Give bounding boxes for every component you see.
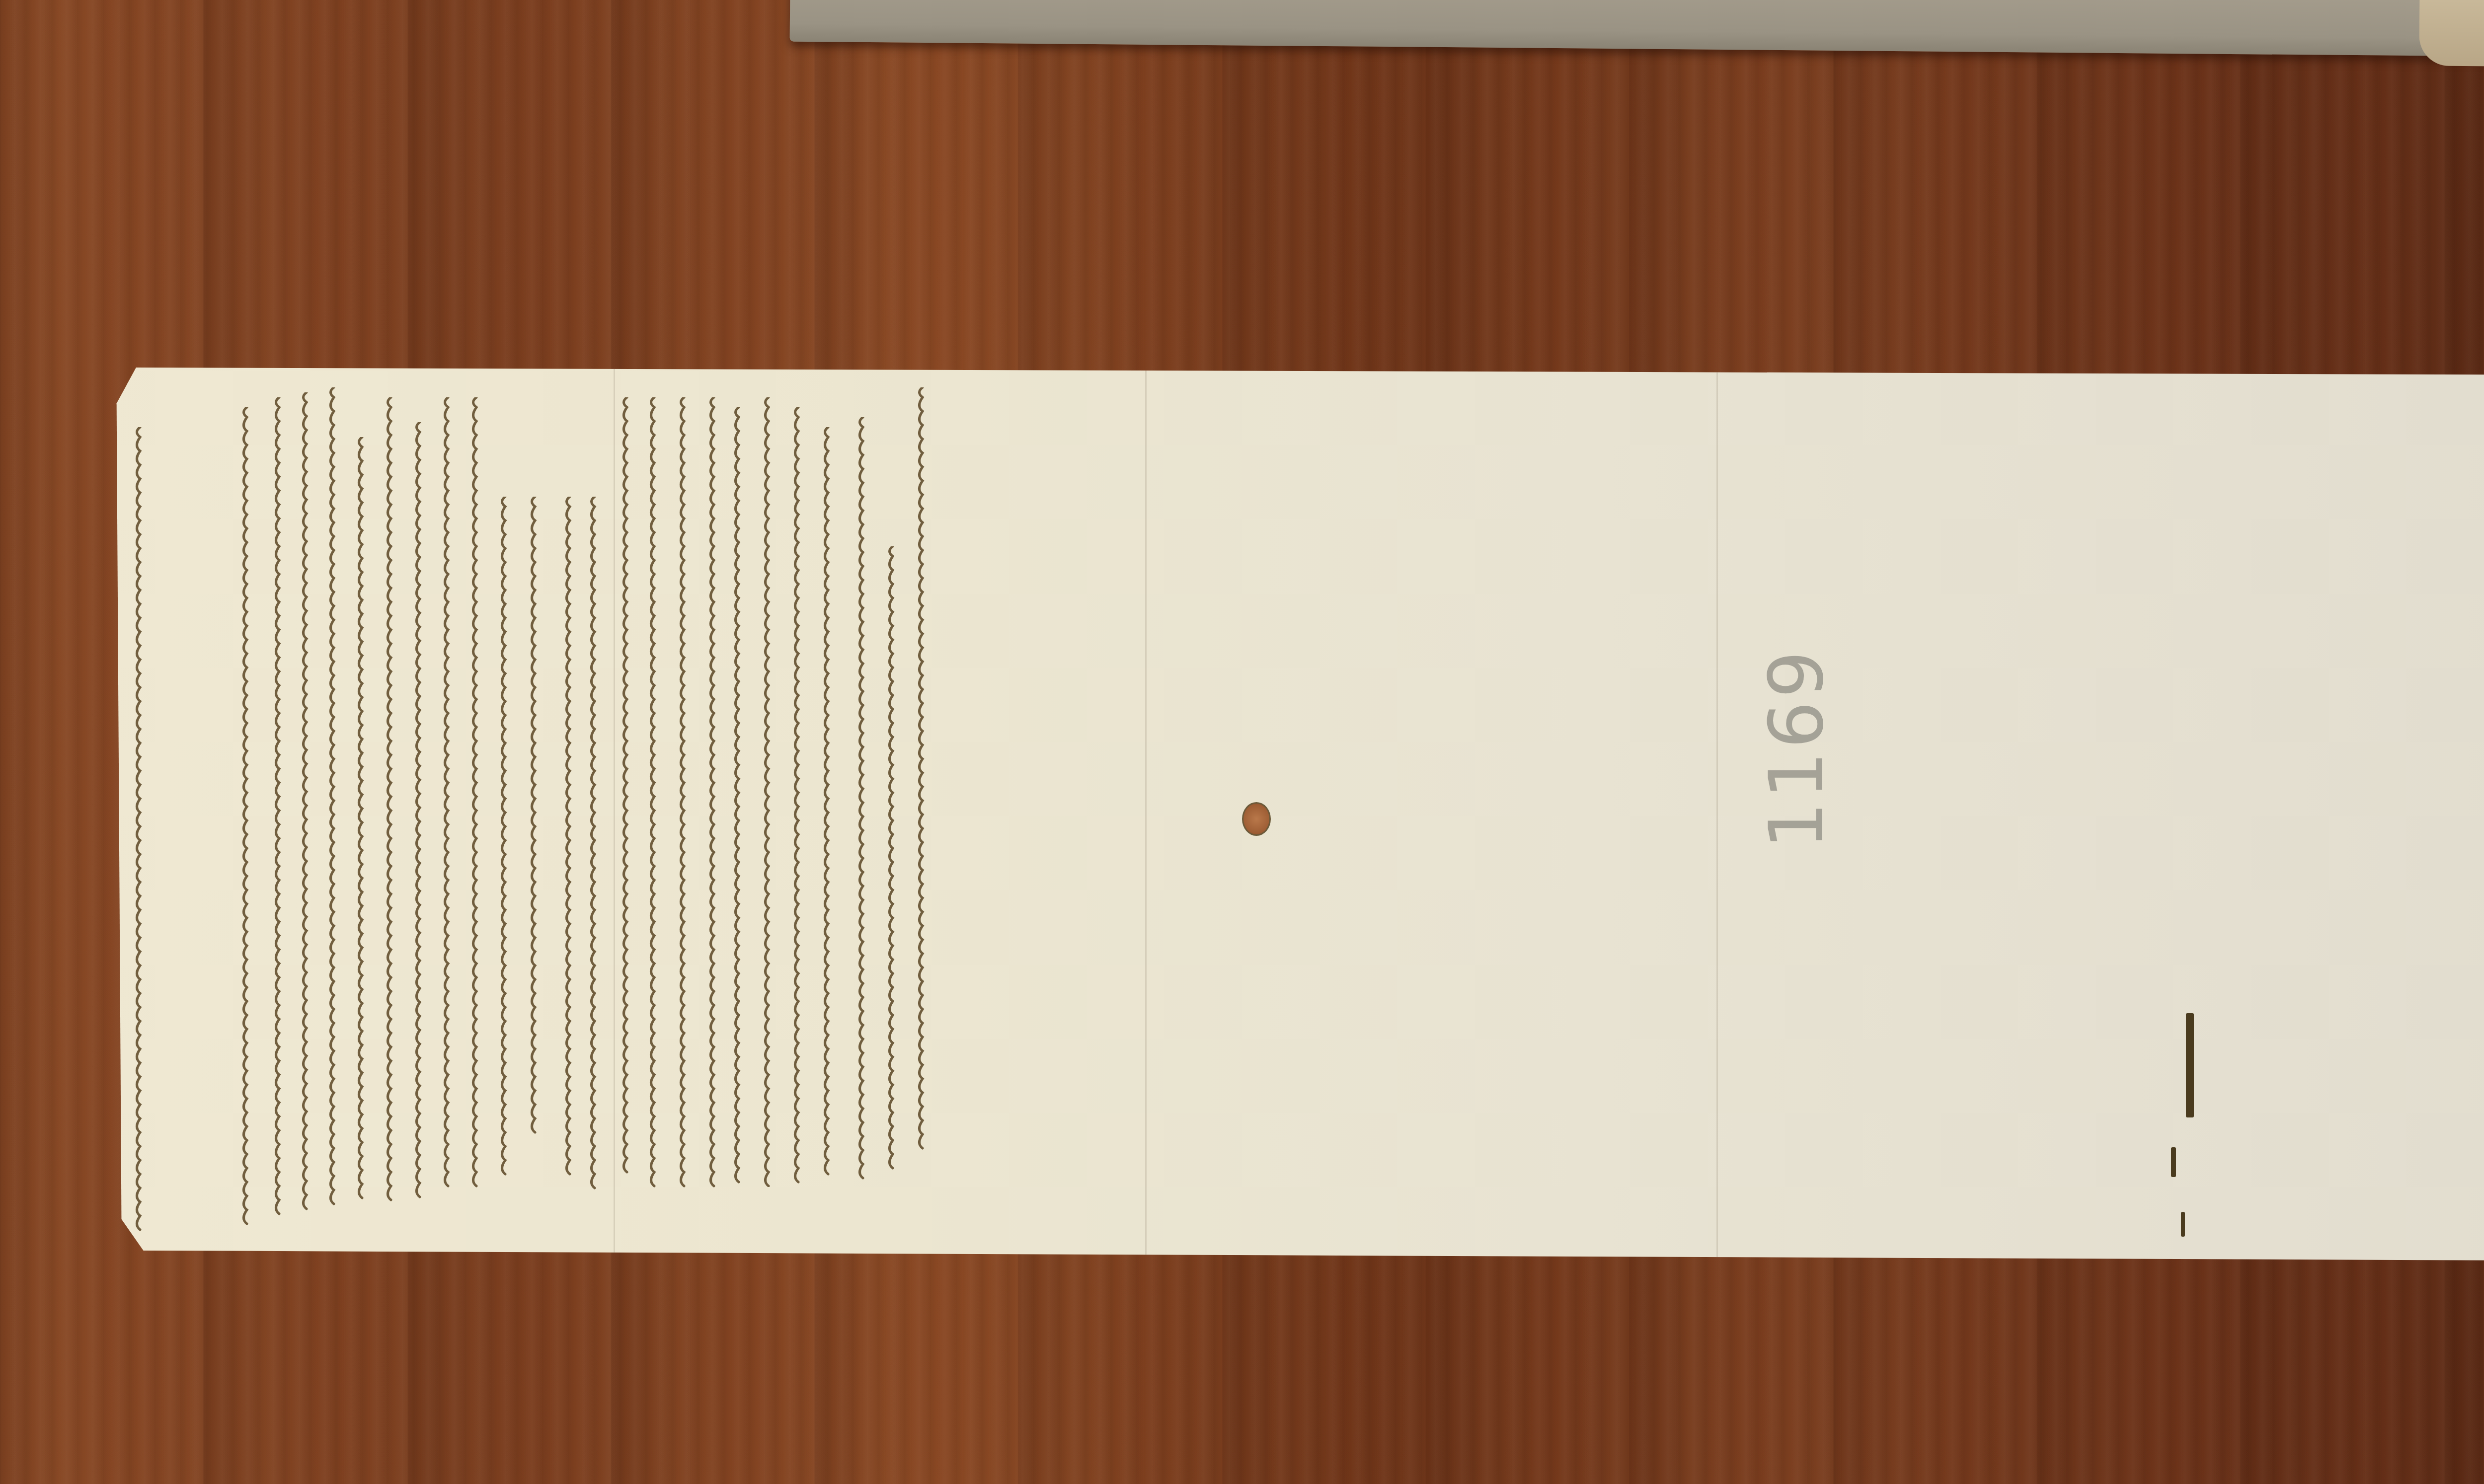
endorsement-mark [2186, 1013, 2194, 1117]
script-line [676, 397, 693, 1192]
script-line [730, 407, 747, 1187]
script-line [271, 397, 288, 1217]
script-line [132, 427, 149, 1242]
script-line [760, 397, 777, 1187]
script-line [646, 397, 663, 1192]
script-line [705, 397, 722, 1192]
script-line [527, 497, 543, 1142]
script-line [468, 397, 485, 1192]
fold-line [1145, 368, 1147, 1264]
folder-flap [2419, 0, 2484, 68]
archival-folder [790, 0, 2484, 58]
script-line [790, 407, 807, 1187]
script-line [586, 497, 603, 1192]
script-line [914, 387, 931, 1157]
script-line [411, 422, 428, 1202]
script-line [298, 392, 315, 1212]
script-line [440, 397, 457, 1192]
script-line [325, 387, 342, 1212]
paper-hole [1242, 802, 1271, 836]
fold-line [614, 368, 615, 1264]
script-line [383, 397, 399, 1202]
script-line [619, 397, 635, 1177]
script-line [561, 497, 578, 1177]
script-line [497, 497, 514, 1177]
script-line [884, 546, 901, 1182]
manuscript-letter [107, 368, 2484, 1264]
script-line [238, 407, 255, 1232]
endorsement-mark [2171, 1147, 2176, 1177]
script-line [820, 427, 837, 1187]
fold-line [1716, 368, 1718, 1264]
corner-mark [2181, 1212, 2185, 1237]
script-line [354, 437, 371, 1212]
folio-number: 1169 [1754, 790, 1883, 849]
script-line [854, 417, 871, 1182]
